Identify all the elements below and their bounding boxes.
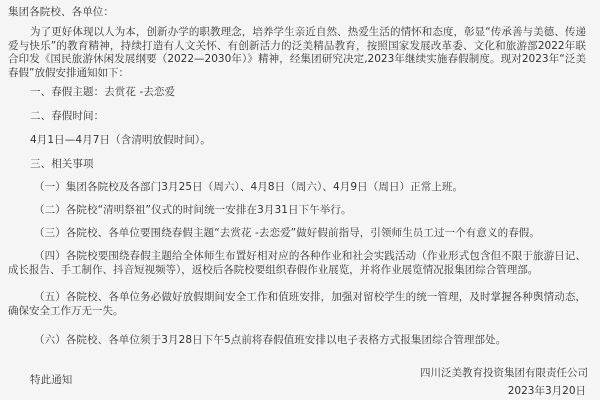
item-5: （五）各院校、各单位务必做好放假期间安全工作和值班安排，加强对留校学生的统一管理… bbox=[8, 291, 586, 318]
item-1: （一）集团各院校及各部门3月25日（周六）、4月8日（周六）、4月9日（周日）正… bbox=[34, 181, 463, 194]
signature-organization: 四川泛美教育投资集团有限责任公司 bbox=[420, 367, 588, 380]
signature-date: 2023年3月20日 bbox=[508, 385, 586, 398]
item-3: （三）各院校、各单位要围绕春假主题“去赏花 -去恋爱”做好假前指导，引领师生员工… bbox=[34, 227, 540, 240]
holiday-dates: 4月1日—4月7日（含清明放假时间）。 bbox=[30, 134, 211, 147]
closing-remark: 特此通知 bbox=[30, 374, 72, 387]
intro-paragraph: 为了更好体现以人为本，创新办学的职教理念，培养学生亲近自然、热爱生活的情怀和态度… bbox=[8, 26, 586, 80]
item-4: （四）各院校要围绕春假主题给全体师生布置好相对应的各种作业和社会实践活动（作业形… bbox=[8, 250, 586, 277]
item-6: （六）各院校、各单位须于3月28日下午5点前将春假值班安排以电子表格方式报集团综… bbox=[34, 334, 506, 347]
section-heading-matters: 三、相关事项 bbox=[30, 158, 94, 171]
section-heading-time: 二、春假时间： bbox=[30, 110, 104, 123]
section-heading-theme: 一、春假主题：去赏花 -去恋爱 bbox=[30, 86, 175, 99]
item-2: （二）各院校“清明祭祖”仪式的时间统一安排在3月31日下午举行。 bbox=[34, 204, 352, 217]
salutation: 集团各院校、各单位： bbox=[8, 6, 114, 19]
